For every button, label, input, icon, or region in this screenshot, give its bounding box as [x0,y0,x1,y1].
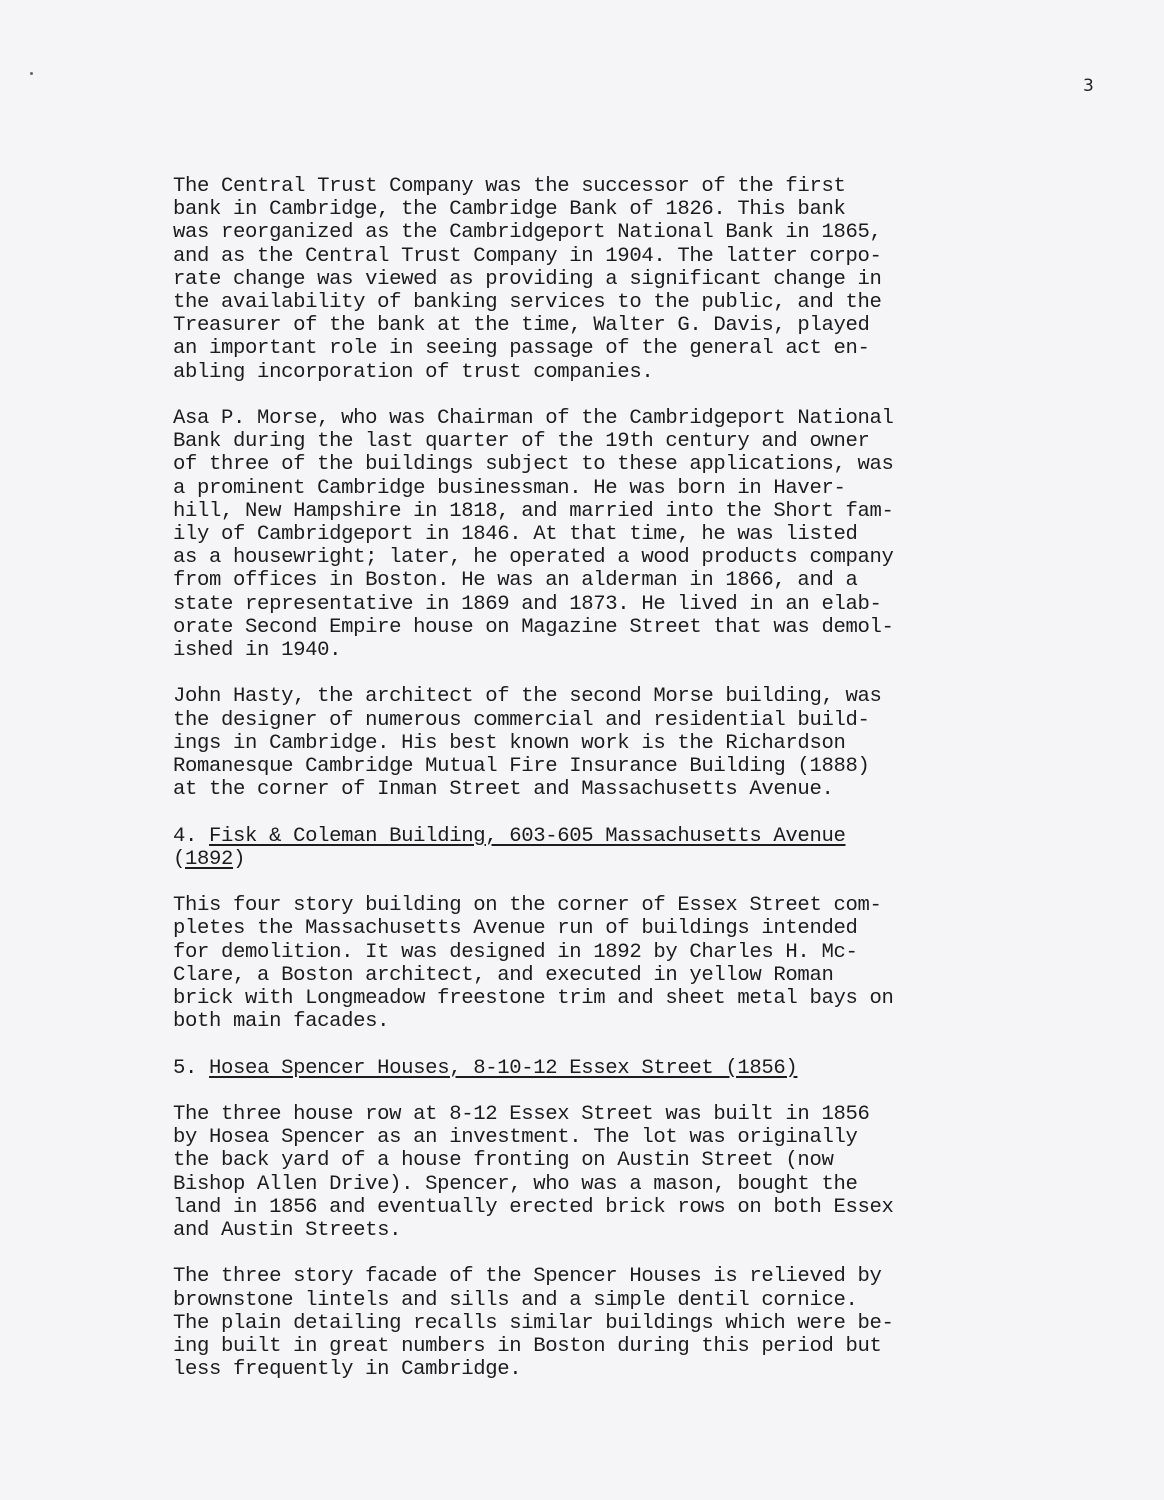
page-number: 3 [1083,76,1094,96]
section-title-paren-open: ( [173,848,185,871]
section-title: Hosea Spencer Houses, 8-10-12 Essex Stre… [209,1057,797,1080]
section-number: 4. [173,825,209,848]
paragraph-spencer-row: The three house row at 8-12 Essex Street… [173,1103,1013,1242]
scan-speck [30,72,33,75]
section-heading-fisk-coleman: 4. Fisk & Coleman Building, 603-605 Mass… [173,825,1013,871]
paragraph-asa-morse: Asa P. Morse, who was Chairman of the Ca… [173,407,1013,662]
section-title-paren-close: ) [233,848,245,871]
section-heading-hosea-spencer: 5. Hosea Spencer Houses, 8-10-12 Essex S… [173,1057,1013,1080]
paragraph-fisk-coleman: This four story building on the corner o… [173,894,1013,1033]
section-number: 5. [173,1057,209,1080]
paragraph-john-hasty: John Hasty, the architect of the second … [173,685,1013,801]
document-body: The Central Trust Company was the succes… [173,175,1013,1405]
section-title-year: 1892 [185,848,233,871]
paragraph-central-trust: The Central Trust Company was the succes… [173,175,1013,384]
section-title: Fisk & Coleman Building, 603-605 Massach… [209,825,845,848]
paragraph-spencer-facade: The three story facade of the Spencer Ho… [173,1265,1013,1381]
